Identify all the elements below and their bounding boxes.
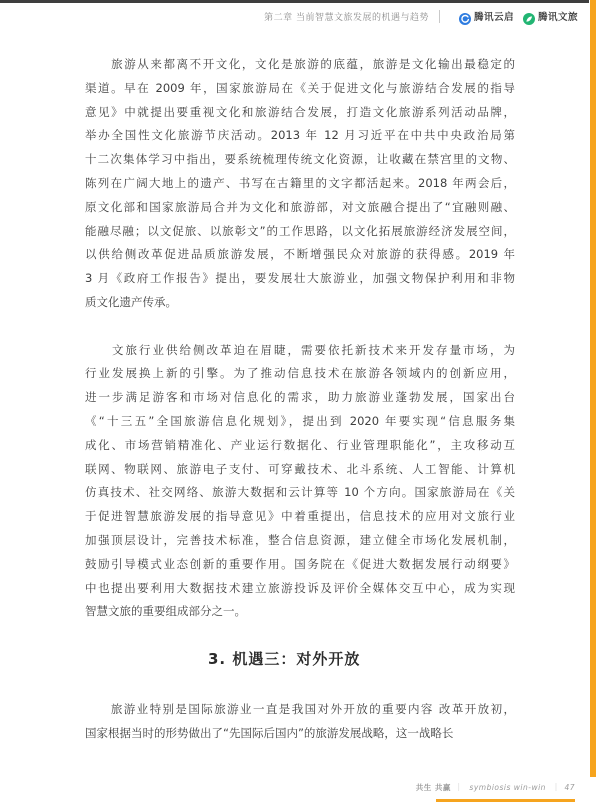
text-line: 渠道。早在 2009 年，国家旅游局在《关于促进文化与旅游结合发展的指导 xyxy=(85,77,515,101)
footer-slogan-en: symbiosis win-win xyxy=(469,783,546,792)
top-accent-bar xyxy=(0,0,589,3)
text-line: 举办全国性文化旅游节庆活动。2013 年 12 月习近平在中共中央政治局第 xyxy=(85,124,515,148)
text-line: 能融尽融；以文促旅、以旅彰文”的工作思路，以文化拓展旅游经济发展空间， xyxy=(85,220,515,244)
paragraph: 旅游从来都离不开文化，文化是旅游的底蕴，旅游是文化输出最稳定的渠道。早在 200… xyxy=(85,53,515,315)
footer-separator: ｜ xyxy=(552,782,561,793)
text-line: 原文化部和国家旅游局合并为文化和旅游部，对文旅融合提出了“宜融则融、 xyxy=(85,196,515,220)
right-accent-strip xyxy=(590,0,596,777)
text-line: 质文化遗产传承。 xyxy=(85,291,515,315)
section-heading: 3. 机遇三：对外开放 xyxy=(208,648,515,670)
text-line: 陈列在广阔大地上的遗产、书写在古籍里的文字都活起来。2018 年两会后， xyxy=(85,172,515,196)
logo-tencent-yunqi: 腾讯云启 xyxy=(459,9,514,23)
page-number: 47 xyxy=(564,783,575,792)
paragraph: 旅游业特别是国际旅游业一直是我国对外开放的重要内容 改革开放初，国家根据当时的形… xyxy=(85,698,515,746)
paragraph: 文旅行业供给侧改革迫在眉睫，需要依托新技术来开发存量市场，为行业发展换上新的引擎… xyxy=(85,339,515,625)
footer-separator: ｜ xyxy=(455,782,464,793)
text-line: 智慧文旅的重要组成部分之一。 xyxy=(85,600,515,624)
content-body: 旅游从来都离不开文化，文化是旅游的底蕴，旅游是文化输出最稳定的渠道。早在 200… xyxy=(85,53,515,746)
chapter-title: 第二章 当前智慧文旅发展的机遇与趋势 xyxy=(264,10,429,23)
text-line: 进一步满足游客和市场对信息化的需求，助力旅游业蓬勃发展，国家出台 xyxy=(85,386,515,410)
text-line: 3 月《政府工作报告》提出，要发展壮大旅游业，加强文物保护利用和非物 xyxy=(85,267,515,291)
text-line: 文旅行业供给侧改革迫在眉睫，需要依托新技术来开发存量市场，为 xyxy=(85,339,515,363)
tencent-wenlv-label: 腾讯文旅 xyxy=(538,9,578,23)
document-page: { "header": { "chapter_title": "第二章 当前智慧… xyxy=(0,0,596,808)
text-line: 加强顶层设计，完善技术标准，整合信息资源，建立健全市场化发展机制， xyxy=(85,529,515,553)
tencent-wenlv-icon xyxy=(523,10,535,22)
tencent-yunqi-label: 腾讯云启 xyxy=(474,9,514,23)
header-divider xyxy=(439,10,440,23)
text-line: 国家根据当时的形势做出了“先国际后国内”的旅游发展战略，这一战略长 xyxy=(85,722,515,746)
page-footer: 共生 共赢 ｜ symbiosis win-win ｜ 47 xyxy=(416,782,575,793)
text-line: 联网、物联网、旅游电子支付、可穿戴技术、北斗系统、人工智能、计算机 xyxy=(85,458,515,482)
text-line: 鼓励引导模式业态创新的重要作用。国务院在《促进大数据发展行动纲要》 xyxy=(85,553,515,577)
text-line: 中也提出要利用大数据技术建立旅游投诉及评价全媒体交互中心，成为实现 xyxy=(85,577,515,601)
tencent-yunqi-icon xyxy=(459,10,471,22)
footer-accent-rule xyxy=(436,799,575,802)
footer-slogan-cn: 共生 共赢 xyxy=(416,782,451,793)
text-line: 旅游业特别是国际旅游业一直是我国对外开放的重要内容 改革开放初， xyxy=(85,698,515,722)
text-line: 行业发展换上新的引擎。为了推动信息技术在旅游各领域内的创新应用， xyxy=(85,362,515,386)
text-line: 以供给侧改革促进品质旅游发展，不断增强民众对旅游的获得感。2019 年 xyxy=(85,243,515,267)
text-line: 十二次集体学习中指出，要系统梳理传统文化资源，让收藏在禁宫里的文物、 xyxy=(85,148,515,172)
text-line: 《“十三五”全国旅游信息化规划》，提出到 2020 年要实现“信息服务集 xyxy=(85,410,515,434)
text-line: 旅游从来都离不开文化，文化是旅游的底蕴，旅游是文化输出最稳定的 xyxy=(85,53,515,77)
text-line: 仿真技术、社交网络、旅游大数据和云计算等 10 个方向。国家旅游局在《关 xyxy=(85,481,515,505)
text-line: 意见》中就提出要重视文化和旅游结合发展，打造文化旅游系列活动品牌， xyxy=(85,101,515,125)
page-header: 第二章 当前智慧文旅发展的机遇与趋势 腾讯云启 腾讯文旅 xyxy=(264,9,578,23)
text-line: 成化、市场营销精准化、产业运行数据化、行业管理职能化”，主攻移动互 xyxy=(85,434,515,458)
text-line: 于促进智慧旅游发展的指导意见》中着重提出，信息技术的应用对文旅行业 xyxy=(85,505,515,529)
logo-tencent-wenlv: 腾讯文旅 xyxy=(523,9,578,23)
